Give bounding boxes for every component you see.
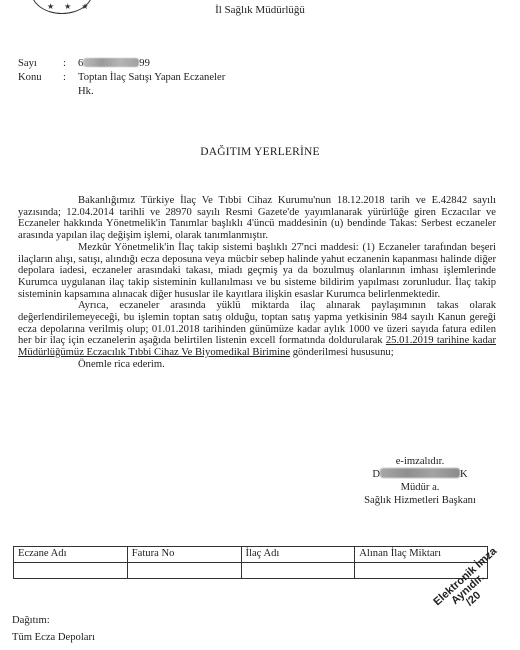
signer-name: DK xyxy=(320,468,520,481)
signer-title-2: Sağlık Hizmetleri Başkanı xyxy=(320,494,520,507)
konu-line-1: Toptan İlaç Satışı Yapan Eczaneler xyxy=(78,72,225,83)
letter-body: Bakanlığımız Türkiye İlaç Ve Tıbbi Cihaz… xyxy=(18,195,496,371)
header-ilac-adi: İlaç Adı xyxy=(241,547,355,563)
e-signed-note: e-imzalıdır. xyxy=(320,455,520,468)
sayi-colon: : xyxy=(63,58,66,69)
header-alinan-ilac-miktari: Alınan İlaç Miktarı xyxy=(355,547,488,563)
header-fatura-no: Fatura No xyxy=(127,547,241,563)
paragraph-3-end: gönderilmesi hususunu; xyxy=(290,347,394,358)
signer-title-1: Müdür a. xyxy=(320,481,520,494)
closing-line: Önemle rica ederim. xyxy=(18,359,496,371)
table-cell xyxy=(127,563,241,579)
redacted-name xyxy=(380,468,460,478)
konu-colon: : xyxy=(63,72,66,83)
header-eczane-adi: Eczane Adı xyxy=(14,547,128,563)
sayi-label: Sayı xyxy=(18,58,37,69)
distribution-list: Dağıtım: Tüm Ecza Depoları xyxy=(12,612,95,646)
table-header-row: Eczane Adı Fatura No İlaç Adı Alınan İla… xyxy=(14,547,488,563)
redacted-number xyxy=(83,58,139,67)
konu-label: Konu xyxy=(18,72,42,83)
signature-block: e-imzalıdır. DK Müdür a. Sağlık Hizmetle… xyxy=(320,455,520,507)
table-cell xyxy=(241,563,355,579)
signer-name-suffix: K xyxy=(460,469,468,480)
paragraph-3: Ayrıca, eczaneler arasında yüklü miktard… xyxy=(18,300,496,359)
institution-title: İl Sağlık Müdürlüğü xyxy=(0,4,520,16)
konu-line-2: Hk. xyxy=(78,86,94,97)
paragraph-1: Bakanlığımız Türkiye İlaç Ve Tıbbi Cihaz… xyxy=(18,195,496,242)
distribution-label: Dağıtım: xyxy=(12,612,95,629)
table-row xyxy=(14,563,488,579)
sayi-suffix: 99 xyxy=(139,58,150,69)
pharmacy-form-table: Eczane Adı Fatura No İlaç Adı Alınan İla… xyxy=(13,546,488,579)
distribution-heading: DAĞITIM YERLERİNE xyxy=(0,146,520,158)
signer-name-prefix: D xyxy=(372,469,380,480)
distribution-recipient: Tüm Ecza Depoları xyxy=(12,629,95,646)
table-cell xyxy=(14,563,128,579)
sayi-value: 699 xyxy=(78,58,150,69)
paragraph-2: Mezkûr Yönetmelik'in İlaç takip sistemi … xyxy=(18,242,496,301)
